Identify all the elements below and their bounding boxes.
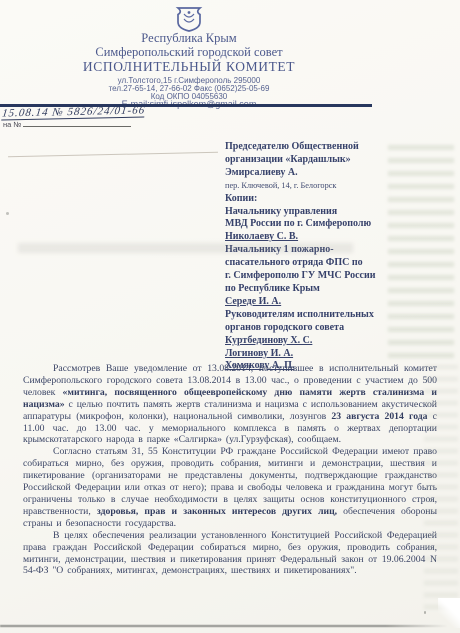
header-committee: ИСПОЛНИТЕЛЬНЫЙ КОМИТЕТ bbox=[0, 59, 378, 75]
scanned-letter-page: Республика Крым Симферопольский городско… bbox=[0, 0, 460, 633]
recipient-line: Председателю Общественной bbox=[225, 141, 435, 154]
recipient-line: по Республике Крым bbox=[225, 283, 435, 296]
recipient-line: Николаеву С. В. bbox=[225, 231, 435, 244]
recipient-line: пер. Ключевой, 14, г. Белогорск bbox=[225, 180, 435, 193]
coat-of-arms-icon bbox=[173, 6, 205, 33]
recipient-line: Начальнику 1 пожарно- bbox=[225, 244, 435, 257]
header-republic: Республика Крым bbox=[0, 31, 378, 46]
recipient-line: спасательного отряда ФПС по bbox=[225, 257, 435, 270]
recipient-line: органов городского совета bbox=[225, 322, 435, 335]
body-text: Рассмотрев Ваше уведомление от 13.08.201… bbox=[23, 363, 437, 577]
incoming-number-line bbox=[23, 119, 131, 127]
scan-artifact-edge bbox=[0, 625, 448, 627]
recipient-line: Куртбединову Х. С. bbox=[225, 335, 435, 348]
recipient-line: Начальнику управления bbox=[225, 206, 435, 219]
scan-artifact-line bbox=[8, 152, 218, 157]
header-council: Симферопольский городской совет bbox=[0, 45, 378, 60]
recipient-line: МВД России по г. Симферополю bbox=[225, 218, 435, 231]
recipient-line: Логинову И. А. bbox=[225, 348, 435, 361]
recipient-line: Середе И. А. bbox=[225, 296, 435, 309]
recipient-line: Эмирсалиеву А. bbox=[225, 167, 435, 180]
scan-artifact-speck bbox=[6, 212, 9, 215]
incoming-number-label: на № bbox=[3, 119, 131, 129]
recipient-line: Копии: bbox=[225, 193, 435, 206]
scan-artifact-corner bbox=[438, 598, 460, 628]
recipient-line: г. Симферополю ГУ МЧС России bbox=[225, 270, 435, 283]
scan-artifact-speck bbox=[424, 611, 426, 614]
recipients-block: Председателю Общественнойорганизации «Ка… bbox=[225, 141, 435, 373]
body-paragraph: В целях обеспечения реализации установле… bbox=[23, 530, 437, 578]
incoming-number-text: на № bbox=[3, 120, 21, 129]
recipient-line: организации «Кардашлык» bbox=[225, 154, 435, 167]
body-paragraph: Согласно статьям 31, 55 Конституции РФ г… bbox=[23, 446, 437, 529]
recipient-line: Руководителям исполнительных bbox=[225, 309, 435, 322]
body-paragraph: Рассмотрев Ваше уведомление от 13.08.201… bbox=[23, 363, 437, 446]
